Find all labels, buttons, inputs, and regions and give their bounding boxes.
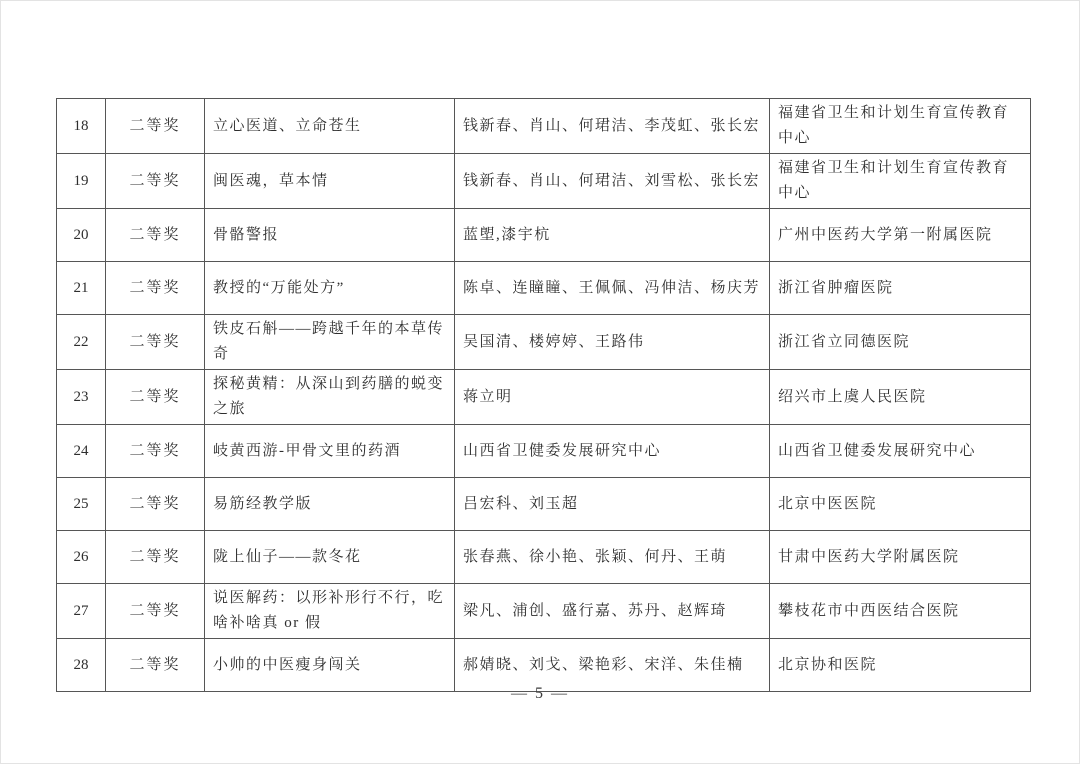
award-level-cell: 二等奖	[106, 639, 205, 692]
authors-cell: 山西省卫健委发展研究中心	[455, 425, 770, 478]
authors-cell: 钱新春、肖山、何珺洁、李茂虹、张长宏	[455, 99, 770, 154]
institution-cell: 山西省卫健委发展研究中心	[770, 425, 1031, 478]
institution-cell: 福建省卫生和计划生育宣传教育中心	[770, 154, 1031, 209]
award-level-cell: 二等奖	[106, 370, 205, 425]
work-title-cell: 小帅的中医瘦身闯关	[205, 639, 455, 692]
row-number-cell: 27	[57, 584, 106, 639]
authors-cell: 张春燕、徐小艳、张颖、何丹、王萌	[455, 531, 770, 584]
work-title-cell: 教授的“万能处方”	[205, 262, 455, 315]
table-row: 22 二等奖 铁皮石斛——跨越千年的本草传奇 吴国清、楼婷婷、王路伟 浙江省立同…	[57, 315, 1031, 370]
authors-cell: 吕宏科、刘玉超	[455, 478, 770, 531]
row-number-cell: 21	[57, 262, 106, 315]
row-number-cell: 20	[57, 209, 106, 262]
row-number-cell: 19	[57, 154, 106, 209]
row-number-cell: 25	[57, 478, 106, 531]
page-number: — 5 —	[1, 685, 1079, 703]
row-number-cell: 18	[57, 99, 106, 154]
table-row: 28 二等奖 小帅的中医瘦身闯关 郝婧晓、刘戈、梁艳彩、宋洋、朱佳楠 北京协和医…	[57, 639, 1031, 692]
table-row: 21 二等奖 教授的“万能处方” 陈卓、连瞳瞳、王佩佩、冯伸洁、杨庆芳 浙江省肿…	[57, 262, 1031, 315]
row-number-cell: 23	[57, 370, 106, 425]
work-title-cell: 陇上仙子——款冬花	[205, 531, 455, 584]
row-number-cell: 24	[57, 425, 106, 478]
authors-cell: 蓝塱,漆宇杭	[455, 209, 770, 262]
work-title-cell: 岐黄西游-甲骨文里的药酒	[205, 425, 455, 478]
award-level-cell: 二等奖	[106, 209, 205, 262]
row-number-cell: 28	[57, 639, 106, 692]
institution-cell: 浙江省立同德医院	[770, 315, 1031, 370]
award-level-cell: 二等奖	[106, 154, 205, 209]
work-title-cell: 骨骼警报	[205, 209, 455, 262]
authors-cell: 梁凡、浦创、盛行嘉、苏丹、赵辉琦	[455, 584, 770, 639]
work-title-cell: 立心医道、立命苍生	[205, 99, 455, 154]
institution-cell: 广州中医药大学第一附属医院	[770, 209, 1031, 262]
work-title-cell: 闽医魂，草本情	[205, 154, 455, 209]
authors-cell: 钱新春、肖山、何珺洁、刘雪松、张长宏	[455, 154, 770, 209]
authors-cell: 吴国清、楼婷婷、王路伟	[455, 315, 770, 370]
table-row: 24 二等奖 岐黄西游-甲骨文里的药酒 山西省卫健委发展研究中心 山西省卫健委发…	[57, 425, 1031, 478]
institution-cell: 攀枝花市中西医结合医院	[770, 584, 1031, 639]
award-level-cell: 二等奖	[106, 425, 205, 478]
institution-cell: 浙江省肿瘤医院	[770, 262, 1031, 315]
table-row: 25 二等奖 易筋经教学版 吕宏科、刘玉超 北京中医医院	[57, 478, 1031, 531]
institution-cell: 北京协和医院	[770, 639, 1031, 692]
institution-cell: 甘肃中医药大学附属医院	[770, 531, 1031, 584]
award-level-cell: 二等奖	[106, 315, 205, 370]
table-row: 23 二等奖 探秘黄精：从深山到药膳的蜕变之旅 蒋立明 绍兴市上虞人民医院	[57, 370, 1031, 425]
award-level-cell: 二等奖	[106, 584, 205, 639]
table-row: 19 二等奖 闽医魂，草本情 钱新春、肖山、何珺洁、刘雪松、张长宏 福建省卫生和…	[57, 154, 1031, 209]
table-row: 18 二等奖 立心医道、立命苍生 钱新春、肖山、何珺洁、李茂虹、张长宏 福建省卫…	[57, 99, 1031, 154]
work-title-cell: 铁皮石斛——跨越千年的本草传奇	[205, 315, 455, 370]
document-page: { "table": { "rows": [ { "no": "18", "aw…	[0, 0, 1080, 764]
awards-table-body: 18 二等奖 立心医道、立命苍生 钱新春、肖山、何珺洁、李茂虹、张长宏 福建省卫…	[57, 99, 1031, 692]
work-title-cell: 探秘黄精：从深山到药膳的蜕变之旅	[205, 370, 455, 425]
authors-cell: 陈卓、连瞳瞳、王佩佩、冯伸洁、杨庆芳	[455, 262, 770, 315]
table-row: 20 二等奖 骨骼警报 蓝塱,漆宇杭 广州中医药大学第一附属医院	[57, 209, 1031, 262]
award-list-table: 18 二等奖 立心医道、立命苍生 钱新春、肖山、何珺洁、李茂虹、张长宏 福建省卫…	[56, 98, 1031, 692]
table-row: 26 二等奖 陇上仙子——款冬花 张春燕、徐小艳、张颖、何丹、王萌 甘肃中医药大…	[57, 531, 1031, 584]
authors-cell: 郝婧晓、刘戈、梁艳彩、宋洋、朱佳楠	[455, 639, 770, 692]
award-level-cell: 二等奖	[106, 478, 205, 531]
institution-cell: 北京中医医院	[770, 478, 1031, 531]
row-number-cell: 22	[57, 315, 106, 370]
work-title-cell: 易筋经教学版	[205, 478, 455, 531]
table-row: 27 二等奖 说医解药：以形补形行不行，吃啥补啥真 or 假 梁凡、浦创、盛行嘉…	[57, 584, 1031, 639]
award-level-cell: 二等奖	[106, 99, 205, 154]
institution-cell: 福建省卫生和计划生育宣传教育中心	[770, 99, 1031, 154]
award-level-cell: 二等奖	[106, 262, 205, 315]
authors-cell: 蒋立明	[455, 370, 770, 425]
award-level-cell: 二等奖	[106, 531, 205, 584]
row-number-cell: 26	[57, 531, 106, 584]
institution-cell: 绍兴市上虞人民医院	[770, 370, 1031, 425]
work-title-cell: 说医解药：以形补形行不行，吃啥补啥真 or 假	[205, 584, 455, 639]
